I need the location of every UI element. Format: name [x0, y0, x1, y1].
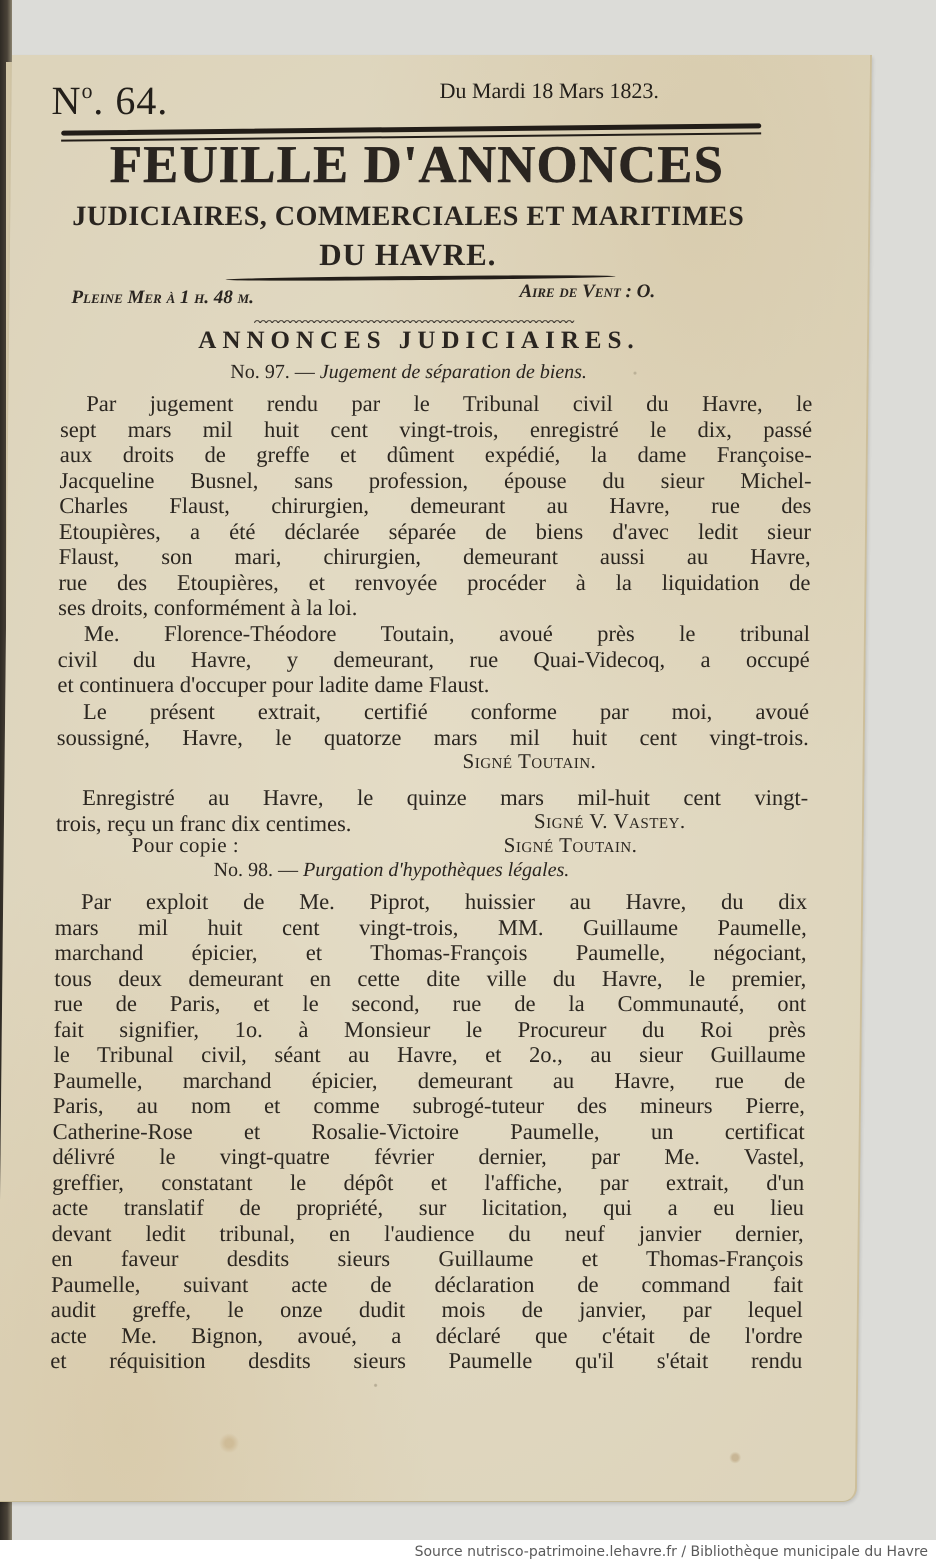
text-line: sept mars mil huit cent vingt-trois, enr… [60, 417, 812, 443]
text-line: soussigné, Havre, le quatorze mars mil h… [57, 725, 809, 751]
text-line: ses droits, conformément à la loi. [58, 595, 810, 621]
notice-number: No. 98. — [213, 859, 298, 881]
wind-direction-info: Aire de Vent : O. [519, 281, 655, 303]
text-line: marchand épicier, et Thomas-François Pau… [54, 940, 806, 966]
text-line: Enregistré au Havre, le quinze mars mil-… [56, 785, 808, 811]
issue-number-value: . 64. [93, 78, 168, 123]
text-line: Catherine-Rose et Rosalie-Victoire Paume… [53, 1119, 805, 1145]
copy-signature: Signé Toutain. [504, 833, 638, 858]
issue-number: No. 64. [51, 77, 168, 124]
text-line: audit greffe, le onze dudit mois de janv… [51, 1297, 803, 1323]
text-line: le Tribunal civil, séant au Havre, et 2o… [53, 1042, 805, 1068]
text-line: Par jugement rendu par le Tribunal civil… [60, 391, 812, 417]
text-line: devant ledit tribunal, en l'audience du … [52, 1221, 804, 1247]
text-line: Paumelle, marchand épicier, demeurant au… [53, 1068, 805, 1094]
text-line: Charles Flaust, chirurgien, demeurant au… [59, 493, 811, 519]
text-line: Le présent extrait, certifié conforme pa… [57, 699, 809, 725]
section-heading: ANNONCES JUDICIAIRES. [49, 327, 789, 355]
source-caption: Source nutrisco-patrimoine.lehavre.fr / … [415, 1544, 928, 1560]
text-line: civil du Havre, y demeurant, rue Quai-Vi… [58, 647, 810, 673]
text-line: acte translatif de propriété, sur licita… [52, 1195, 804, 1221]
high-tide-info: Pleine Mer à 1 h. 48 m. [71, 287, 254, 309]
text-line: en faveur desdits sieurs Guillaume et Th… [51, 1246, 803, 1272]
notice-98-title: No. 98. — Purgation d'hypothèques légale… [21, 859, 761, 882]
notice-97-paragraph-2: Me. Florence-Théodore Toutain, avoué prè… [57, 621, 810, 698]
text-line: Flaust, son mari, chirurgien, demeurant … [59, 544, 811, 570]
issue-sup: o [81, 78, 93, 103]
text-line: mars mil huit cent vingt-trois, MM. Guil… [55, 915, 807, 941]
text-line: et continuera d'occuper pour ladite dame… [57, 672, 809, 698]
issue-prefix: N [51, 78, 81, 123]
text-line: Me. Florence-Théodore Toutain, avoué prè… [58, 621, 810, 647]
text-line: rue de Paris, et le second, rue de la Co… [54, 991, 806, 1017]
text-line: Par exploit de Me. Piprot, huissier au H… [55, 889, 807, 915]
notice-subject: Jugement de séparation de biens. [320, 361, 587, 383]
notice-97-paragraph-1: Par jugement rendu par le Tribunal civil… [58, 391, 812, 621]
text-line: Paris, au nom et comme subrogé-tuteur de… [53, 1093, 805, 1119]
text-line: greffier, constatant le dépôt et l'affic… [52, 1170, 804, 1196]
text-line: Paumelle, suivant acte de déclaration de… [51, 1272, 803, 1298]
notice-subject: Purgation d'hypothèques légales. [303, 859, 570, 881]
notice-97-title: No. 97. — Jugement de séparation de bien… [39, 361, 779, 384]
newspaper-subtitle: JUDICIAIRES, COMMERCIALES ET MARITIMES [48, 201, 768, 233]
ornamental-wave-rule [254, 317, 574, 323]
text-line: fait signifier, 1o. à Monsieur le Procur… [54, 1017, 806, 1043]
registration-paragraph: Enregistré au Havre, le quinze mars mil-… [56, 785, 809, 836]
signature-toutain: Signé Toutain. [462, 749, 596, 774]
signature-vastey: Signé V. Vastey. [534, 809, 686, 834]
newspaper-title: FEUILLE D'ANNONCES [67, 135, 768, 195]
text-line: aux droits de greffe et dûment expédié, … [60, 442, 812, 468]
text-line: rue des Etoupières, et renvoyée procéder… [58, 570, 810, 596]
issue-date: Du Mardi 18 Mars 1823. [439, 78, 659, 104]
text-line: tous deux demeurant en cette dite ville … [54, 966, 806, 992]
text-line: acte Me. Bignon, avoué, a déclaré que c'… [50, 1323, 802, 1349]
text-line: et réquisition desdits sieurs Paumelle q… [50, 1348, 802, 1374]
text-line: Etoupières, a été déclarée séparée de bi… [59, 519, 811, 545]
newspaper-city: DU HAVRE. [48, 237, 768, 273]
text-line: Jacqueline Busnel, sans profession, épou… [59, 468, 811, 494]
copy-label: Pour copie : [132, 833, 240, 858]
notice-number: No. 97. — [230, 361, 315, 383]
text-line: délivré le vingt-quatre février dernier,… [52, 1144, 804, 1170]
notice-97-paragraph-3: Le présent extrait, certifié conforme pa… [57, 699, 810, 750]
notice-98-paragraph-1: Par exploit de Me. Piprot, huissier au H… [50, 889, 807, 1374]
newspaper-page: No. 64. Du Mardi 18 Mars 1823. FEUILLE D… [0, 55, 872, 1502]
